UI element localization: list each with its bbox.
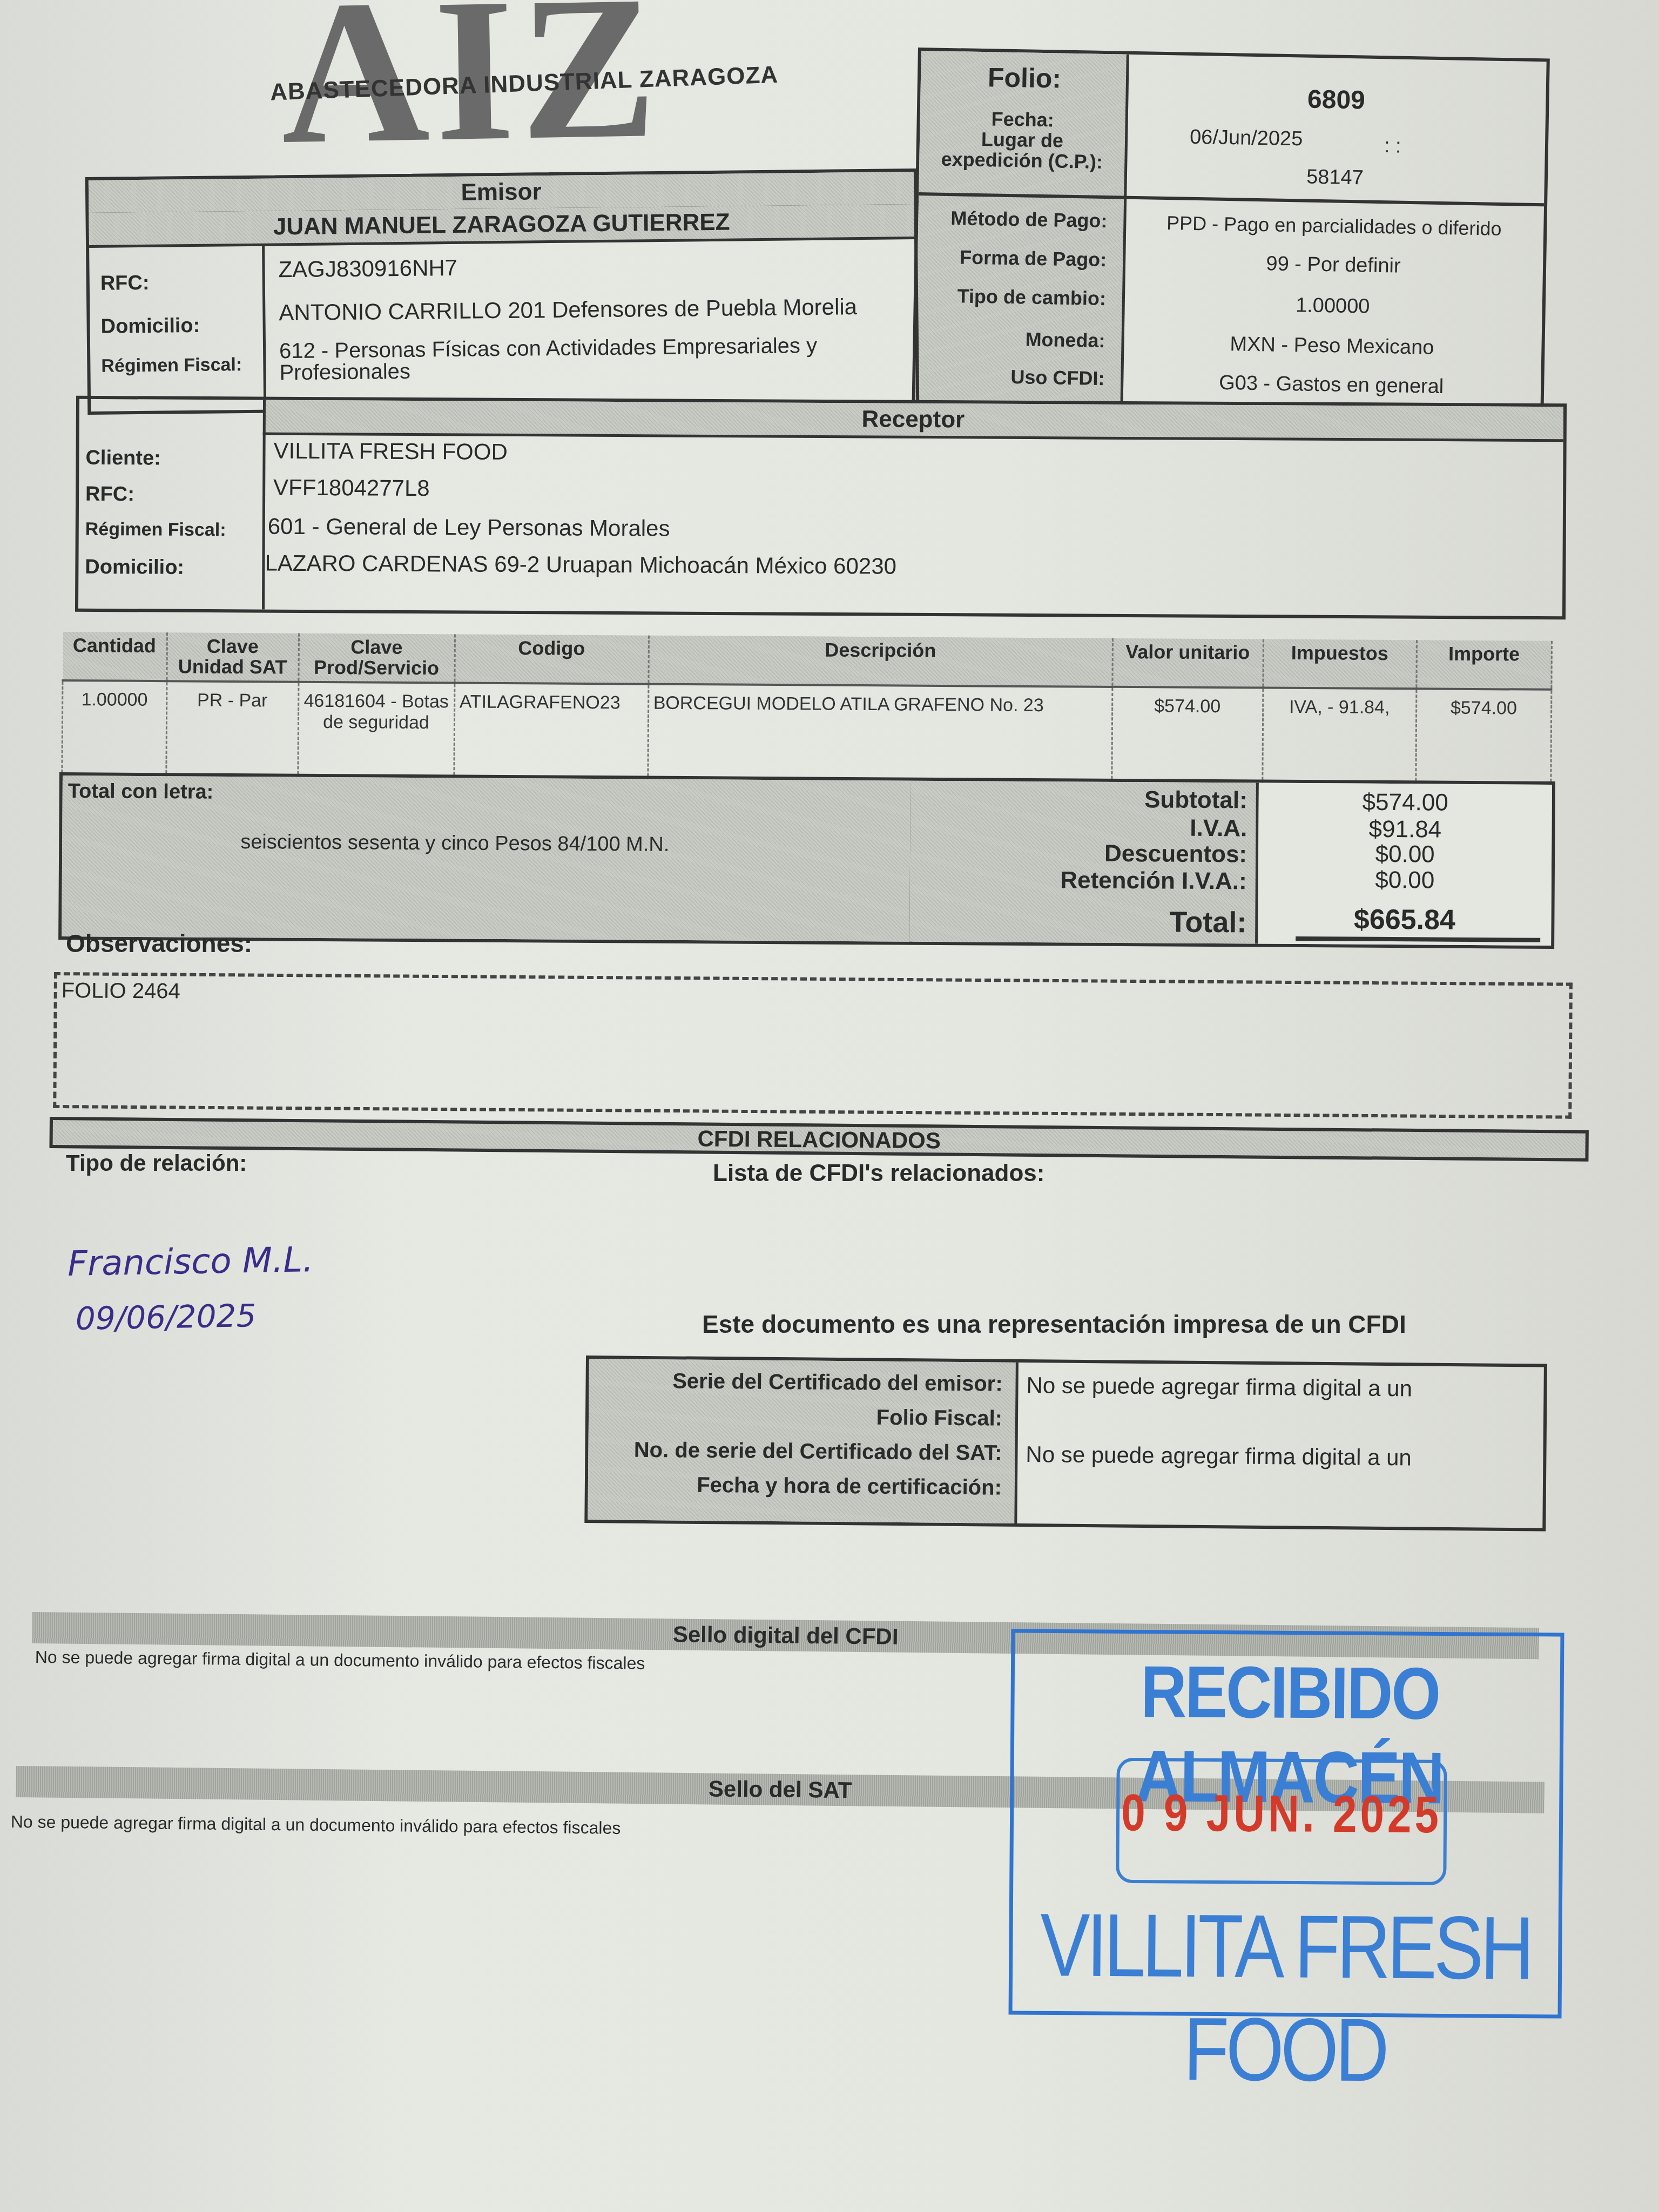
receptor-cliente-label: Cliente:: [85, 447, 161, 470]
cell-cantidad: 1.00000: [62, 680, 167, 780]
hora-value: : :: [1384, 134, 1401, 158]
serie-sat-value: No se puede agregar firma digital a un: [1026, 1441, 1412, 1471]
emisor-domicilio-label: Domicilio:: [100, 314, 200, 339]
fecha-certificacion-label: Fecha y hora de certificación:: [697, 1473, 1002, 1500]
serie-sat-label: No. de serie del Certificado del SAT:: [634, 1438, 1002, 1466]
folio-label: Folio:: [987, 62, 1061, 94]
received-stamp: RECIBIDO ALMACÉN 0 9 JUN. 2025 VILLITA F…: [1009, 1629, 1564, 2018]
emisor-regimen-value: 612 - Personas Físicas con Actividades E…: [279, 334, 901, 383]
folio-value: 6809: [1131, 82, 1542, 118]
forma-pago-label: Forma de Pago:: [960, 246, 1107, 271]
receptor-domicilio-label: Domicilio:: [85, 556, 184, 579]
certification-box: Serie del Certificado del emisor: Folio …: [584, 1355, 1547, 1532]
total-label: Total:: [1169, 906, 1246, 940]
fecha-label: Fecha:: [930, 107, 1115, 131]
metodo-pago-label: Método de Pago:: [950, 207, 1108, 232]
fecha-value: 06/Jun/2025: [1190, 126, 1303, 151]
invoice-page: AIZ ABASTECEDORA INDUSTRIAL ZARAGOZA Fol…: [0, 0, 1659, 2212]
cell-clave-prod: 46181604 - Botas de seguridad: [298, 682, 454, 781]
receptor-regimen-label: Régimen Fiscal:: [85, 519, 226, 541]
subtotal-label: Subtotal:: [1144, 786, 1247, 814]
retencion-label: Retención I.V.A.:: [1060, 867, 1247, 895]
serie-emisor-value: No se puede agregar firma digital a un: [1026, 1372, 1412, 1401]
stamp-date-frame: 0 9 JUN. 2025: [1116, 1758, 1447, 1885]
col-clave-unidad: Clave Unidad SAT: [166, 632, 299, 682]
col-valor-unitario: Valor unitario: [1112, 638, 1263, 687]
sello-cfdi-text: No se puede agregar firma digital a un d…: [35, 1647, 645, 1674]
col-descripcion: Descripción: [648, 636, 1112, 687]
tipo-cambio-value: 1.00000: [1127, 291, 1538, 321]
cell-clave-unidad: PR - Par: [166, 681, 298, 780]
folio-fiscal-label: Folio Fiscal:: [876, 1406, 1002, 1431]
receptor-column-divider: [262, 400, 266, 610]
col-importe: Importe: [1416, 640, 1552, 689]
receptor-cliente-value: VILLITA FRESH FOOD: [273, 438, 508, 465]
emisor-section: Emisor JUAN MANUEL ZARAGOZA GUTIERREZ RF…: [85, 168, 920, 415]
total-letra-area: Total con letra: seiscientos sesenta y c…: [62, 775, 913, 942]
emisor-domicilio-value: ANTONIO CARRILLO 201 Defensores de Puebl…: [279, 294, 857, 326]
cfdi-relacionados-title: CFDI RELACIONADOS: [49, 1117, 1588, 1162]
items-table: Cantidad Clave Unidad SAT Clave Prod/Ser…: [61, 632, 1553, 789]
receptor-domicilio-value: LAZARO CARDENAS 69-2 Uruapan Michoacán M…: [265, 550, 896, 579]
totals-section: Total con letra: seiscientos sesenta y c…: [58, 772, 1555, 949]
table-row: 1.00000 PR - Par 46181604 - Botas de seg…: [62, 680, 1552, 788]
emisor-column-divider: [262, 246, 266, 410]
moneda-value: MXN - Peso Mexicano: [1127, 331, 1537, 361]
metodo-pago-value: PPD - Pago en parcialidades o diferido: [1129, 211, 1540, 241]
cell-valor-unitario: $574.00: [1111, 686, 1263, 786]
invoice-info-box: Folio: Fecha: Lugar de expedición (C.P.)…: [912, 48, 1550, 426]
receptor-regimen-value: 601 - General de Ley Personas Morales: [268, 514, 670, 542]
col-cantidad: Cantidad: [63, 632, 167, 681]
cell-codigo: ATILAGRAFENO23: [454, 683, 648, 783]
descuentos-value: $0.00: [1258, 840, 1552, 869]
iva-label: I.V.A.: [1190, 815, 1247, 842]
receptor-section: Receptor Cliente: VILLITA FRESH FOOD RFC…: [75, 396, 1567, 619]
total-letra-label: Total con letra:: [68, 780, 214, 804]
uso-cfdi-label: Uso CFDI:: [1010, 366, 1105, 390]
tipo-relacion-label: Tipo de relación:: [66, 1150, 247, 1176]
cell-importe: $574.00: [1415, 689, 1552, 788]
lista-cfdi-label: Lista de CFDI's relacionados:: [713, 1160, 1044, 1187]
totals-values: $574.00 $91.84 $0.00 $0.00 $665.84: [1258, 783, 1552, 946]
fecha-lugar-labels: Fecha: Lugar de expedición (C.P.):: [930, 107, 1115, 172]
cell-descripcion: BORCEGUI MODELO ATILA GRAFENO No. 23: [648, 684, 1112, 785]
receptor-rfc-value: VFF1804277L8: [273, 475, 430, 502]
handwritten-date: 09/06/2025: [75, 1297, 256, 1337]
cell-impuestos: IVA, - 91.84,: [1262, 687, 1416, 787]
receptor-title: Receptor: [263, 400, 1563, 442]
stamp-date: 0 9 JUN. 2025: [1120, 1783, 1444, 1845]
tipo-cambio-label: Tipo de cambio:: [957, 285, 1106, 310]
stamp-company: VILLITA FRESH FOOD: [1017, 1894, 1553, 2104]
forma-pago-value: 99 - Por definir: [1128, 250, 1539, 280]
serie-emisor-label: Serie del Certificado del emisor:: [672, 1369, 1003, 1396]
total-value: $665.84: [1258, 903, 1551, 937]
observaciones-label: Observaciones:: [66, 929, 252, 958]
observaciones-box: FOLIO 2464: [53, 972, 1573, 1119]
uso-cfdi-value: G03 - Gastos en general: [1126, 370, 1537, 400]
sello-sat-text: No se puede agregar firma digital a un d…: [11, 1812, 621, 1838]
invoice-info-labels: Folio: Fecha: Lugar de expedición (C.P.)…: [915, 51, 1129, 415]
totals-labels: Subtotal: I.V.A. Descuentos: Retención I…: [909, 781, 1259, 944]
col-impuestos: Impuestos: [1263, 639, 1417, 689]
col-codigo: Codigo: [454, 634, 649, 684]
descuentos-label: Descuentos:: [1104, 840, 1247, 868]
subtotal-value: $574.00: [1259, 788, 1552, 817]
handwritten-signature: Francisco M.L.: [67, 1240, 314, 1284]
lugar-value: 58147: [1130, 163, 1541, 193]
col-clave-prod: Clave Prod/Servicio: [298, 633, 455, 683]
certification-labels: Serie del Certificado del emisor: Folio …: [588, 1359, 1019, 1523]
emisor-regimen-label: Régimen Fiscal:: [101, 354, 242, 377]
moneda-label: Moneda:: [1025, 328, 1105, 353]
representacion-impresa-note: Este documento es una representación imp…: [702, 1310, 1406, 1339]
total-underline: [1296, 936, 1540, 942]
iva-value: $91.84: [1258, 815, 1552, 844]
receptor-rfc-label: RFC:: [85, 483, 134, 506]
emisor-rfc-value: ZAGJ830916NH7: [278, 255, 457, 282]
emisor-rfc-label: RFC:: [100, 272, 150, 295]
retencion-value: $0.00: [1258, 866, 1552, 895]
total-letra-value: seiscientos sesenta y cinco Pesos 84/100…: [240, 831, 669, 857]
lugar-label: Lugar de expedición (C.P.):: [930, 128, 1114, 172]
observaciones-text: FOLIO 2464: [62, 979, 180, 1004]
